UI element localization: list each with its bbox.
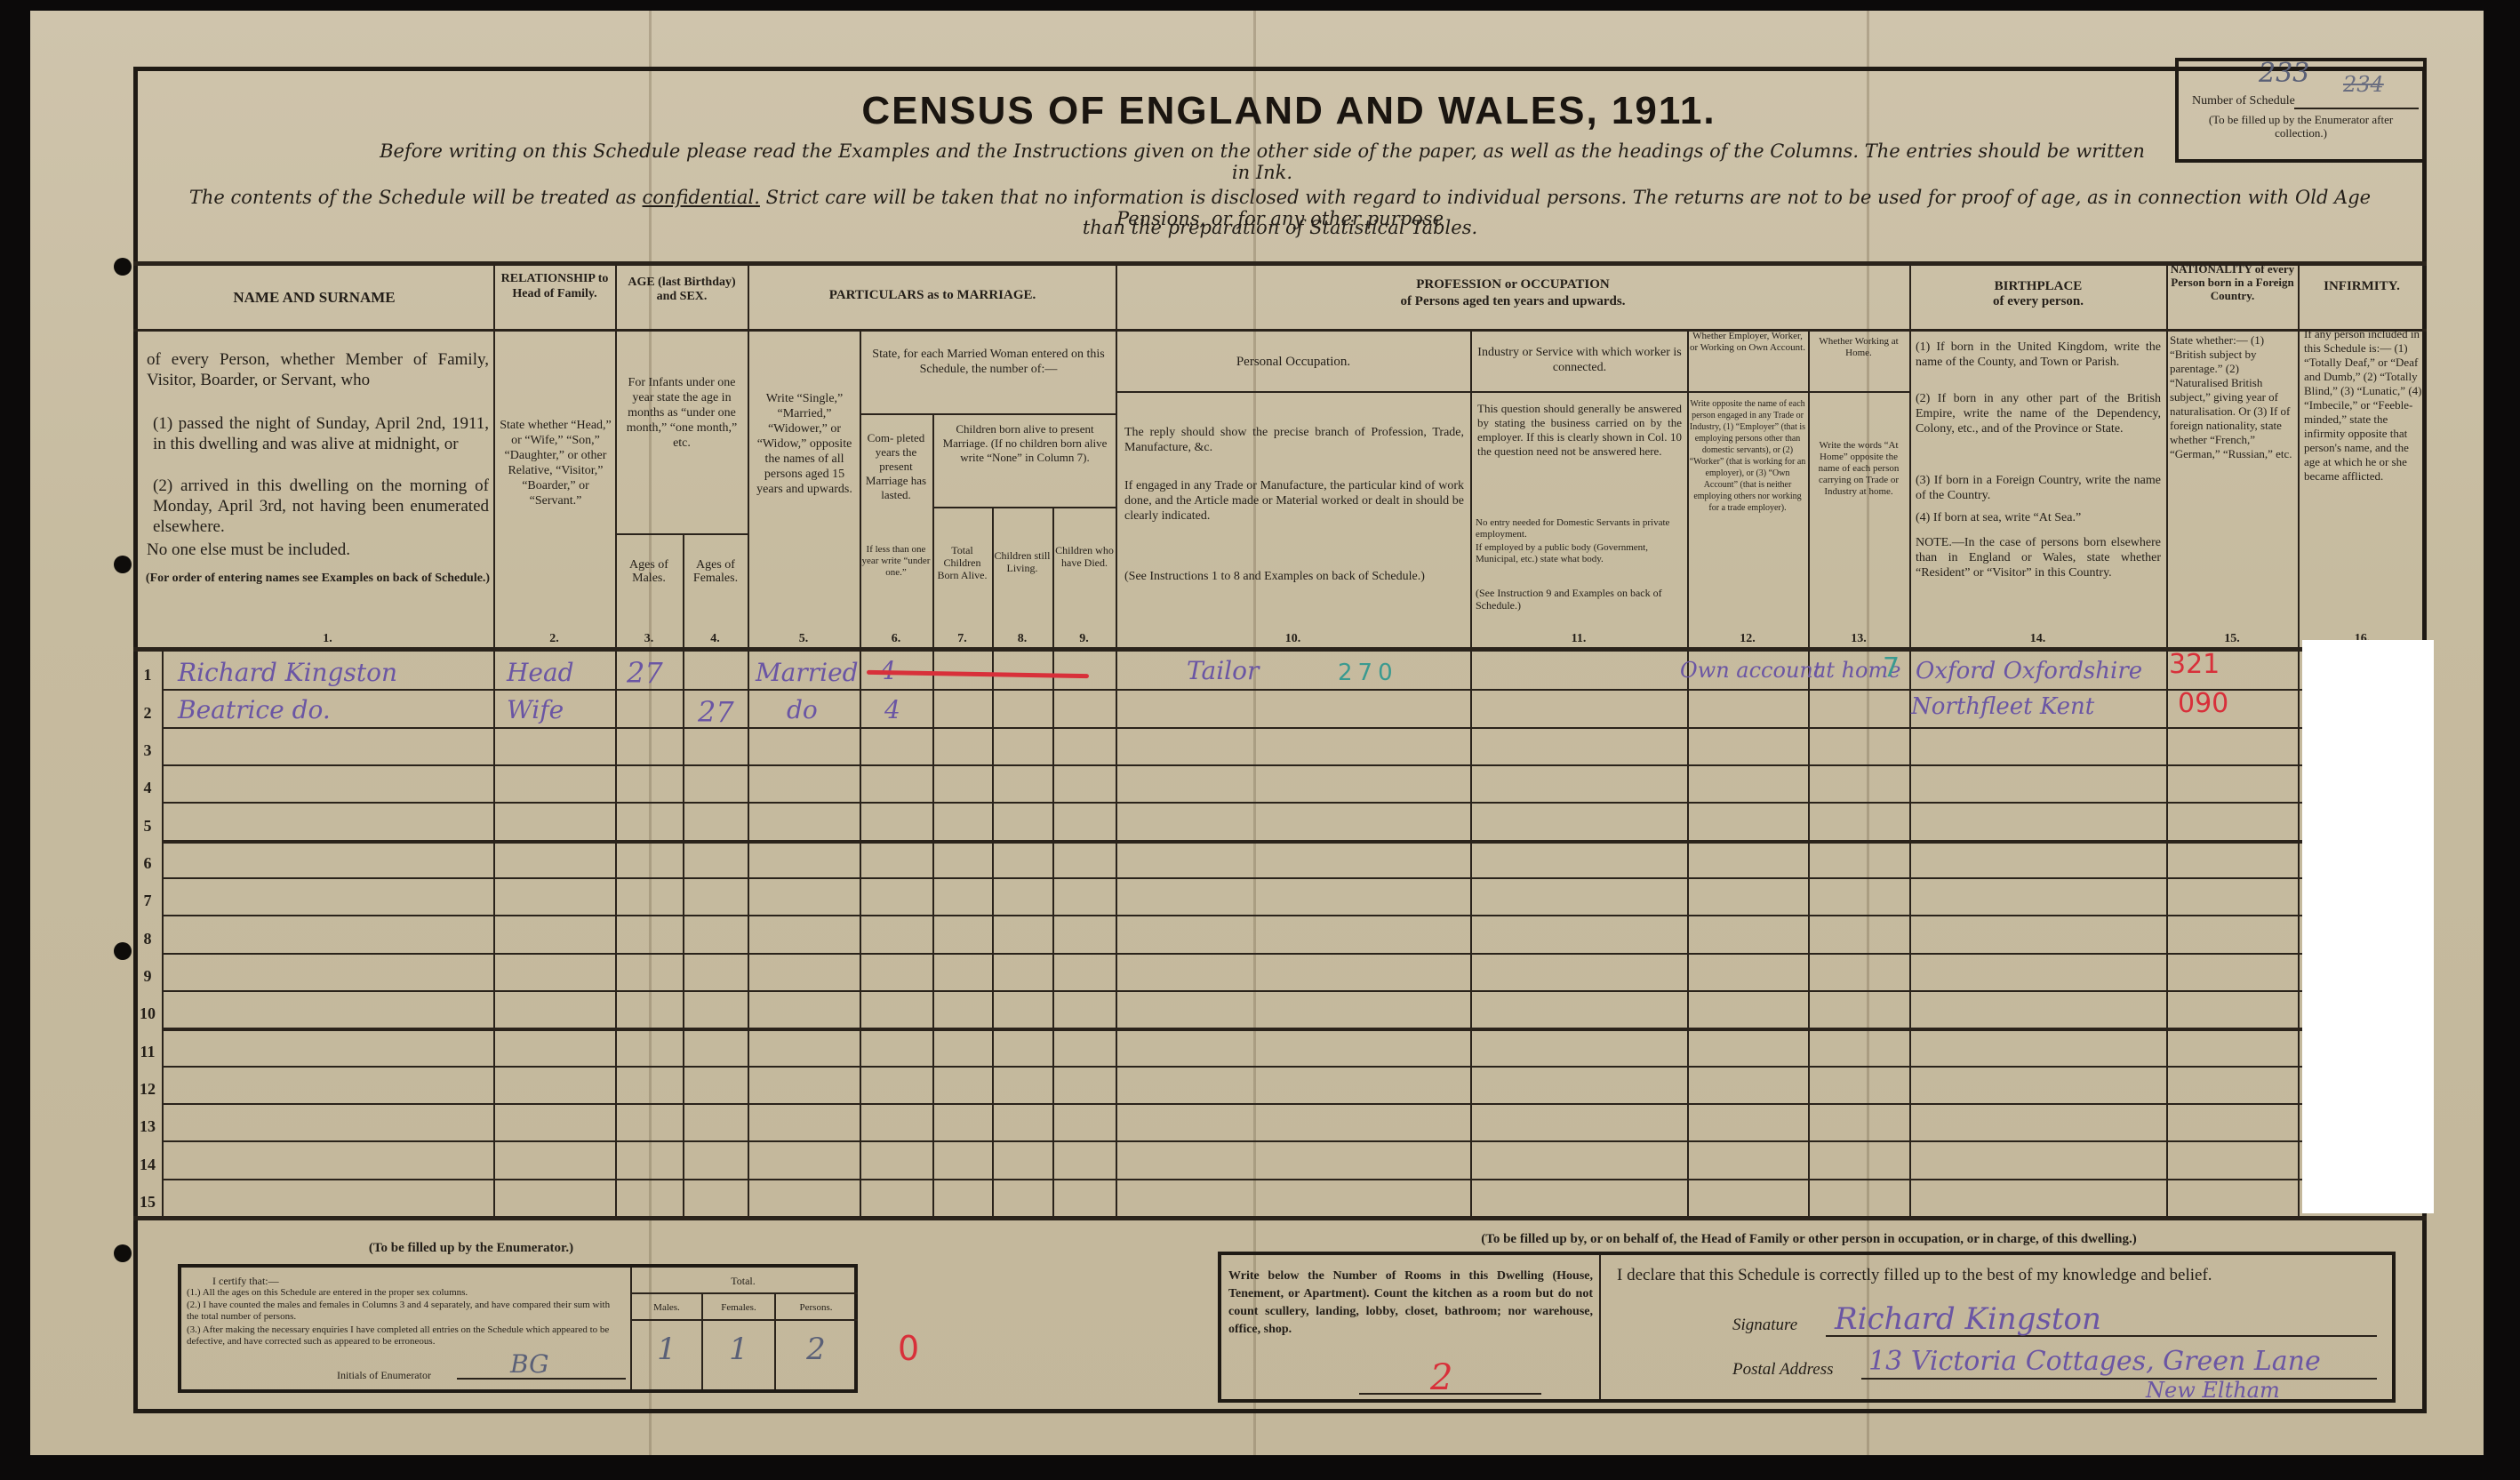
- name-desc-intro: of every Person, whether Member of Famil…: [147, 349, 489, 390]
- header-infirmity: INFIRMITY.: [2300, 277, 2424, 295]
- row-number: 12: [135, 1080, 160, 1099]
- col-divider: [1052, 507, 1054, 1219]
- row-rule: [162, 727, 2302, 729]
- row-rule: [162, 1179, 2302, 1180]
- page-title: CENSUS OF ENGLAND AND WALES, 1911.: [844, 89, 1733, 133]
- marriage-write-desc: Write “Single,” “Married,” “Widower,” or…: [751, 391, 858, 497]
- certify-item-2: (2.) I have counted the males and female…: [187, 1300, 622, 1323]
- row-rule: [162, 877, 2302, 879]
- children-born-desc: Children born alive to present Marriage.…: [936, 422, 1114, 465]
- less-than-one-year: If less than one year write “under one.”: [861, 544, 931, 579]
- initials-value[interactable]: BG: [510, 1349, 548, 1379]
- colnum-10: 10.: [1116, 632, 1470, 646]
- schedule-number-struck: 234: [2343, 72, 2384, 97]
- row-number: 13: [135, 1117, 160, 1136]
- address-label: Postal Address: [1732, 1362, 1833, 1378]
- head-of-family-heading: (To be filled up by, or on behalf of, th…: [1298, 1231, 2320, 1247]
- colnum-2: 2.: [493, 632, 615, 646]
- entry-1-relationship[interactable]: Head: [507, 658, 574, 687]
- address-line-2[interactable]: New Eltham: [2146, 1378, 2280, 1403]
- occupation-subtitle: of Persons aged ten years and upwards.: [1117, 293, 1908, 309]
- row-number: 4: [135, 779, 160, 797]
- table-top-rule: [133, 261, 2427, 266]
- entry-1-occupation-code[interactable]: 270: [1338, 660, 1398, 686]
- row-number: 5: [135, 817, 160, 836]
- certify-item-3: (3.) After making the necessary enquirie…: [187, 1324, 622, 1348]
- row-number: 8: [135, 930, 160, 948]
- enumerator-box: I certify that:— (1.) All the ages on th…: [178, 1264, 858, 1393]
- employer-desc: Write opposite the name of each person e…: [1689, 398, 1806, 514]
- row-number: 11: [135, 1043, 160, 1061]
- persons-label: Persons.: [776, 1300, 856, 1316]
- header-birthplace: BIRTHPLACE: [1911, 277, 2165, 295]
- personal-occupation-title: Personal Occupation.: [1120, 354, 1467, 370]
- confidential-prefix: The contents of the Schedule will be tre…: [189, 187, 636, 208]
- industry-desc1: This question should generally be answer…: [1477, 402, 1682, 459]
- schedule-number-note: (To be filled up by the Enumerator after…: [2183, 113, 2419, 140]
- certify-item-1: (1.) All the ages on this Schedule are e…: [187, 1287, 622, 1299]
- entry-2-marital[interactable]: do: [787, 695, 818, 724]
- entry-2-birthplace[interactable]: Northfleet Kent: [1911, 693, 2094, 720]
- at-home-title: Whether Working at Home.: [1810, 336, 1908, 359]
- address-line-1[interactable]: 13 Victoria Cottages, Green Lane: [1868, 1346, 2321, 1377]
- colnum-4: 4.: [683, 632, 748, 646]
- row-rule: [162, 990, 2302, 992]
- row-number-divider: [162, 649, 164, 1218]
- entry-2-name[interactable]: Beatrice do.: [178, 695, 331, 724]
- rooms-instructions: Write below the Number of Rooms in this …: [1228, 1268, 1593, 1339]
- entry-1-at-home-mark: 7: [1883, 652, 1900, 684]
- age-desc: For Infants under one year state the age…: [619, 375, 745, 451]
- entry-1-occupation[interactable]: Tailor: [1187, 656, 1259, 685]
- signature-label: Signature: [1732, 1317, 1797, 1333]
- header-name: NAME AND SURNAME: [135, 289, 493, 307]
- employer-title: Whether Employer, Worker, or Working on …: [1689, 331, 1806, 354]
- industry-desc2: No entry needed for Domestic Servants in…: [1476, 517, 1684, 540]
- colnum-12: 12.: [1687, 632, 1808, 646]
- name-desc-3: No one else must be included.: [147, 542, 489, 558]
- males-label: Males.: [632, 1300, 701, 1316]
- total-label: Total.: [632, 1273, 854, 1289]
- name-desc-4: (For order of entering names see Example…: [142, 572, 493, 586]
- name-desc-1: (1) passed the night of Sunday, April 2n…: [153, 413, 489, 454]
- colnum-9: 9.: [1052, 632, 1116, 646]
- punch-hole: [114, 556, 132, 573]
- colnum-3: 3.: [615, 632, 683, 646]
- punch-hole: [114, 258, 132, 276]
- colnum-8: 8.: [992, 632, 1052, 646]
- occupation-sub-rule: [1116, 391, 1909, 393]
- personal-occupation-desc2: If engaged in any Trade or Manufacture, …: [1124, 478, 1464, 524]
- column-number-rule: [133, 647, 2302, 652]
- have-died-label: Children who have Died.: [1054, 544, 1115, 569]
- row-number: 15: [135, 1193, 160, 1212]
- rooms-line: [1359, 1393, 1541, 1395]
- entry-2-relationship[interactable]: Wife: [507, 695, 564, 724]
- initials-label: Initials of Enumerator: [337, 1367, 431, 1383]
- row-number: 7: [135, 892, 160, 910]
- schedule-number-line: [2294, 108, 2419, 109]
- colnum-5: 5.: [748, 632, 860, 646]
- row-number: 2: [135, 704, 160, 723]
- infirmity-desc: If any person included in this Schedule …: [2304, 327, 2423, 484]
- entry-1-birthplace-code[interactable]: 321: [2169, 649, 2220, 680]
- name-desc-2: (2) arrived in this dwelling on the morn…: [153, 476, 489, 537]
- row-rule: [162, 802, 2302, 804]
- birthplace-desc1: (1) If born in the United Kingdom, write…: [1916, 340, 2161, 370]
- row-rule: [162, 915, 2302, 916]
- declaration-text: I declare that this Schedule is correctl…: [1617, 1268, 2381, 1284]
- row-rule: [162, 1028, 2302, 1031]
- row-number: 10: [135, 1004, 160, 1023]
- colnum-11: 11.: [1470, 632, 1687, 646]
- total-children-label: Total Children Born Alive.: [934, 544, 990, 581]
- row-number: 3: [135, 741, 160, 760]
- colnum-6: 6.: [860, 632, 932, 646]
- persons-total[interactable]: 2: [776, 1332, 856, 1367]
- birthplace-note: NOTE.—In the case of persons born elsewh…: [1916, 535, 2161, 580]
- birthplace-desc3: (3) If born in a Foreign Country, write …: [1916, 473, 2161, 503]
- entry-1-name[interactable]: Richard Kingston: [178, 658, 397, 687]
- col-divider: [1470, 331, 1472, 1219]
- age-males-label: Ages of Males.: [617, 558, 681, 585]
- industry-title: Industry or Service with which worker is…: [1474, 345, 1685, 375]
- at-home-desc: Write the words “At Home” opposite the n…: [1810, 440, 1908, 498]
- age-sub-rule: [615, 533, 748, 535]
- birthplace-desc4: (4) If born at sea, write “At Sea.”: [1916, 510, 2161, 525]
- entry-2-years-married[interactable]: 4: [884, 695, 900, 724]
- row-number: 14: [135, 1156, 160, 1174]
- nationality-desc: State whether:— (1) “British subject by …: [2170, 333, 2294, 461]
- punch-hole: [114, 942, 132, 960]
- col-divider: [1116, 263, 1117, 1219]
- industry-desc4: (See Instruction 9 and Examples on back …: [1476, 587, 1684, 612]
- completed-years-desc: Com- pleted years the present Marriage h…: [861, 431, 931, 502]
- row-number: 6: [135, 854, 160, 873]
- col-divider: [2166, 263, 2168, 1219]
- row-rule: [162, 764, 2302, 766]
- females-total[interactable]: 1: [703, 1332, 774, 1367]
- header-marriage: PARTICULARS as to MARRIAGE.: [749, 286, 1116, 304]
- entry-1-birthplace[interactable]: Oxford Oxfordshire: [1916, 658, 2142, 684]
- colnum-15: 15.: [2166, 632, 2298, 646]
- form-frame: [133, 67, 2427, 1413]
- schedule-number-box: 233 234 Number of Schedule (To be filled…: [2175, 58, 2427, 163]
- redacted-infirmity-area: [2302, 640, 2434, 1213]
- header-nationality: NATIONALITY of every Person born in a Fo…: [2168, 262, 2297, 302]
- col-divider: [748, 263, 749, 1219]
- males-total[interactable]: 1: [632, 1332, 701, 1367]
- row-rule: [162, 840, 2302, 844]
- col-divider: [615, 263, 617, 1219]
- entry-1-employment[interactable]: Own account: [1680, 658, 1822, 683]
- row-rule: [162, 1066, 2302, 1068]
- row-number: 1: [135, 666, 160, 684]
- header-occupation: PROFESSION or OCCUPATION: [1117, 276, 1908, 293]
- industry-desc3: If employed by a public body (Government…: [1476, 542, 1684, 565]
- children-sub-rule: [932, 507, 1116, 508]
- punch-hole: [114, 1244, 132, 1262]
- birthplace-desc2: (2) If born in any other part of the Bri…: [1916, 391, 2161, 436]
- col-divider: [1909, 263, 1911, 1219]
- header-relationship: RELATIONSHIP to Head of Family.: [495, 271, 614, 301]
- table-bottom-rule: [133, 1216, 2427, 1220]
- colnum-13: 13.: [1808, 632, 1909, 646]
- personal-occupation-desc1: The reply should show the precise branch…: [1124, 425, 1464, 455]
- entry-2-age-female[interactable]: 27: [698, 695, 734, 729]
- col-divider: [992, 507, 994, 1219]
- header-age: AGE (last Birthday) and SEX.: [617, 276, 747, 304]
- col-divider: [2298, 263, 2300, 1219]
- confidential-line2: than the preparation of Statistical Tabl…: [142, 217, 2418, 238]
- entry-1-age-male[interactable]: 27: [627, 656, 663, 690]
- declaration-divider: [1599, 1255, 1601, 1399]
- red-check-mark: 0: [898, 1329, 919, 1368]
- colnum-7: 7.: [932, 632, 992, 646]
- signature-value[interactable]: Richard Kingston: [1835, 1301, 2101, 1337]
- marriage-sub-rule: [860, 413, 1116, 415]
- row-rule: [162, 689, 2302, 691]
- confidential-word: confidential.: [643, 187, 760, 208]
- personal-occupation-desc3: (See Instructions 1 to 8 and Examples on…: [1124, 569, 1464, 584]
- age-females-label: Ages of Females.: [684, 558, 747, 585]
- schedule-number-label: Number of Schedule: [2192, 93, 2295, 109]
- totals-rule: [630, 1319, 858, 1321]
- still-living-label: Children still Living.: [994, 549, 1051, 574]
- enumerator-heading: (To be filled up by the Enumerator.): [222, 1240, 720, 1256]
- colnum-1: 1.: [162, 632, 493, 646]
- col-divider: [932, 413, 934, 1219]
- married-woman-desc: State, for each Married Woman entered on…: [864, 347, 1113, 377]
- row-rule: [162, 1103, 2302, 1105]
- row-rule: [162, 953, 2302, 955]
- header-rule: [133, 329, 2427, 332]
- birthplace-subtitle: of every person.: [1911, 293, 2165, 309]
- colnum-14: 14.: [1909, 632, 2166, 646]
- totals-rule: [630, 1292, 858, 1294]
- relationship-desc: State whether “Head,” or “Wife,” “Son,” …: [498, 418, 613, 508]
- schedule-number: 233: [2259, 58, 2309, 89]
- females-label: Females.: [703, 1300, 774, 1316]
- head-of-family-box: Write below the Number of Rooms in this …: [1218, 1252, 2396, 1403]
- instruction-line: Before writing on this Schedule please r…: [373, 140, 2151, 183]
- col-divider: [493, 263, 495, 1219]
- entry-1-marital[interactable]: Married: [756, 658, 859, 687]
- row-rule: [162, 1140, 2302, 1142]
- address-line: [1861, 1378, 2377, 1380]
- row-number: 9: [135, 967, 160, 986]
- entry-2-birthplace-code[interactable]: 090: [2178, 688, 2228, 719]
